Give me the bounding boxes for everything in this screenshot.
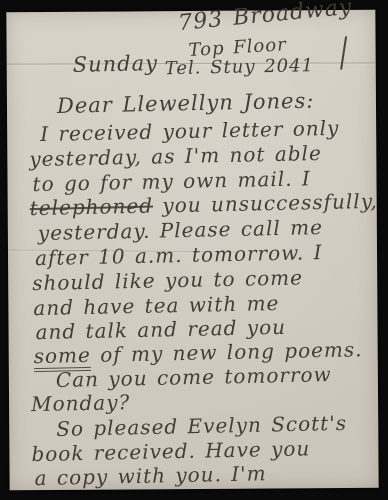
letter-scan: 793 Broadway Top Floor Sunday Tel. Stuy … bbox=[0, 0, 388, 500]
letter-paper: 793 Broadway Top Floor Sunday Tel. Stuy … bbox=[6, 10, 378, 491]
struck-word: telephoned bbox=[29, 194, 153, 221]
letter-line-15: a copy with you. I'm bbox=[34, 461, 267, 490]
letter-line-12: Monday? bbox=[31, 390, 131, 416]
header-telephone: Tel. Stuy 2041 bbox=[165, 55, 315, 79]
header-address: 793 Broadway bbox=[177, 0, 353, 36]
letter-line-11: Can you come tomorrow bbox=[56, 362, 332, 392]
letter-line-04-rest: you unsuccessfully, bbox=[153, 189, 378, 218]
header-day: Sunday bbox=[72, 51, 158, 77]
salutation: Dear Llewellyn Jones: bbox=[57, 89, 315, 118]
letter-line-14: book received. Have you bbox=[31, 436, 310, 466]
ink-stroke bbox=[340, 36, 347, 70]
